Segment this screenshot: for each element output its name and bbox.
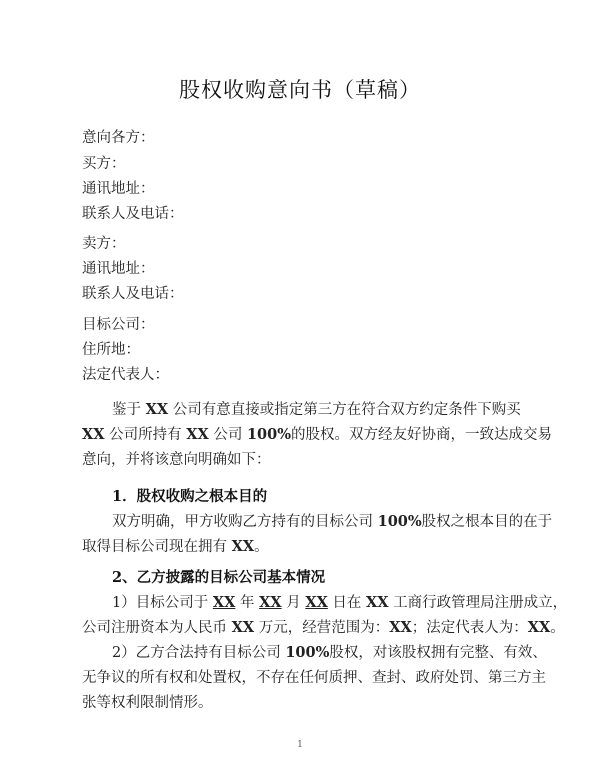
text-span: 股权之根本目的在于 xyxy=(422,514,553,530)
intro-line-3: 意向，并将该意向明确如下： xyxy=(82,448,518,469)
section-1-line-1: 双方明确，甲方收购乙方持有的目标公司 100%股权之根本目的在于 xyxy=(112,510,518,531)
section-1-heading: 1．股权收购之根本目的 xyxy=(112,485,267,506)
percentage: 100% xyxy=(378,513,422,530)
buyer-label: 买方： xyxy=(82,152,126,173)
section-2-item-2-line-1: 2）乙方合法持有目标公司 100%股权，对该股权拥有完整、有效、 xyxy=(112,641,518,662)
intro-line-2: XX 公司所持有 XX 公司 100%的股权。双方经友好协商，一致达成交易 xyxy=(82,423,518,444)
text-span: ；法定代表人为： xyxy=(412,620,528,636)
text-span: 月 xyxy=(282,595,306,611)
target-company-label: 目标公司： xyxy=(82,313,155,334)
placeholder-xx: XX xyxy=(366,594,389,611)
document-title: 股权收购意向书（草稿） xyxy=(0,74,600,104)
day-field: XX xyxy=(305,594,328,611)
section-2-item-1-line-2: 公司注册资本为人民币 XX 万元，经营范围为：XX；法定代表人为：XX。 xyxy=(82,616,518,637)
text-span: 取得目标公司现在拥有 xyxy=(82,539,232,555)
placeholder-xx: XX xyxy=(232,538,255,555)
placeholder-xx: XX xyxy=(528,619,551,636)
text-span: 。 xyxy=(550,620,565,636)
placeholder-xx: XX xyxy=(186,426,209,443)
seller-label: 卖方： xyxy=(82,232,126,253)
placeholder-xx: XX xyxy=(82,426,105,443)
month-field: XX xyxy=(259,594,282,611)
percentage: 100% xyxy=(285,644,329,661)
text-span: 鉴于 xyxy=(112,402,146,418)
section-2-item-2-line-3: 张等权利限制情形。 xyxy=(82,691,518,712)
target-legal-rep-label: 法定代表人： xyxy=(82,363,169,384)
intro-line-1: 鉴于 XX 公司有意直接或指定第三方在符合双方约定条件下购买 xyxy=(112,398,518,419)
text-span: 公司有意直接或指定第三方在符合双方约定条件下购买 xyxy=(168,402,521,418)
buyer-contact-label: 联系人及电话： xyxy=(82,202,184,223)
text-span: 股权，对该股权拥有完整、有效、 xyxy=(329,645,547,661)
text-span: 公司 xyxy=(209,427,247,443)
buyer-address-label: 通讯地址： xyxy=(82,177,155,198)
placeholder-xx: XX xyxy=(389,619,412,636)
text-span: 2）乙方合法持有目标公司 xyxy=(112,645,285,661)
seller-address-label: 通讯地址： xyxy=(82,257,155,278)
section-2-item-2-line-2: 无争议的所有权和处置权，不存在任何质押、查封、政府处罚、第三方主 xyxy=(82,666,518,687)
text-span: 。 xyxy=(254,539,269,555)
year-field: XX xyxy=(213,594,236,611)
text-span: 日在 xyxy=(328,595,366,611)
parties-header: 意向各方： xyxy=(82,126,155,147)
text-span: 工商行政管理局注册成立， xyxy=(389,595,568,611)
section-2-item-1-line-1: 1）目标公司于 XX 年 XX 月 XX 日在 XX 工商行政管理局注册成立， xyxy=(112,591,518,612)
target-domicile-label: 住所地： xyxy=(82,338,140,359)
page-number: 1 xyxy=(0,740,600,750)
section-1-line-2: 取得目标公司现在拥有 XX。 xyxy=(82,535,518,556)
placeholder-xx: XX xyxy=(232,619,255,636)
text-span: 万元，经营范围为： xyxy=(254,620,389,636)
seller-contact-label: 联系人及电话： xyxy=(82,282,184,303)
section-2-heading: 2、乙方披露的目标公司基本情况 xyxy=(112,566,325,587)
text-span: 年 xyxy=(235,595,259,611)
text-span: 1）目标公司于 xyxy=(112,595,213,611)
text-span: 公司注册资本为人民币 xyxy=(82,620,232,636)
text-span: 的股权。双方经友好协商，一致达成交易 xyxy=(291,427,552,443)
text-span: 公司所持有 xyxy=(105,427,187,443)
document-page: 股权收购意向书（草稿） 意向各方： 买方： 通讯地址： 联系人及电话： 卖方： … xyxy=(0,0,600,776)
percentage: 100% xyxy=(247,426,291,443)
placeholder-xx: XX xyxy=(146,401,169,418)
text-span: 双方明确，甲方收购乙方持有的目标公司 xyxy=(112,514,378,530)
